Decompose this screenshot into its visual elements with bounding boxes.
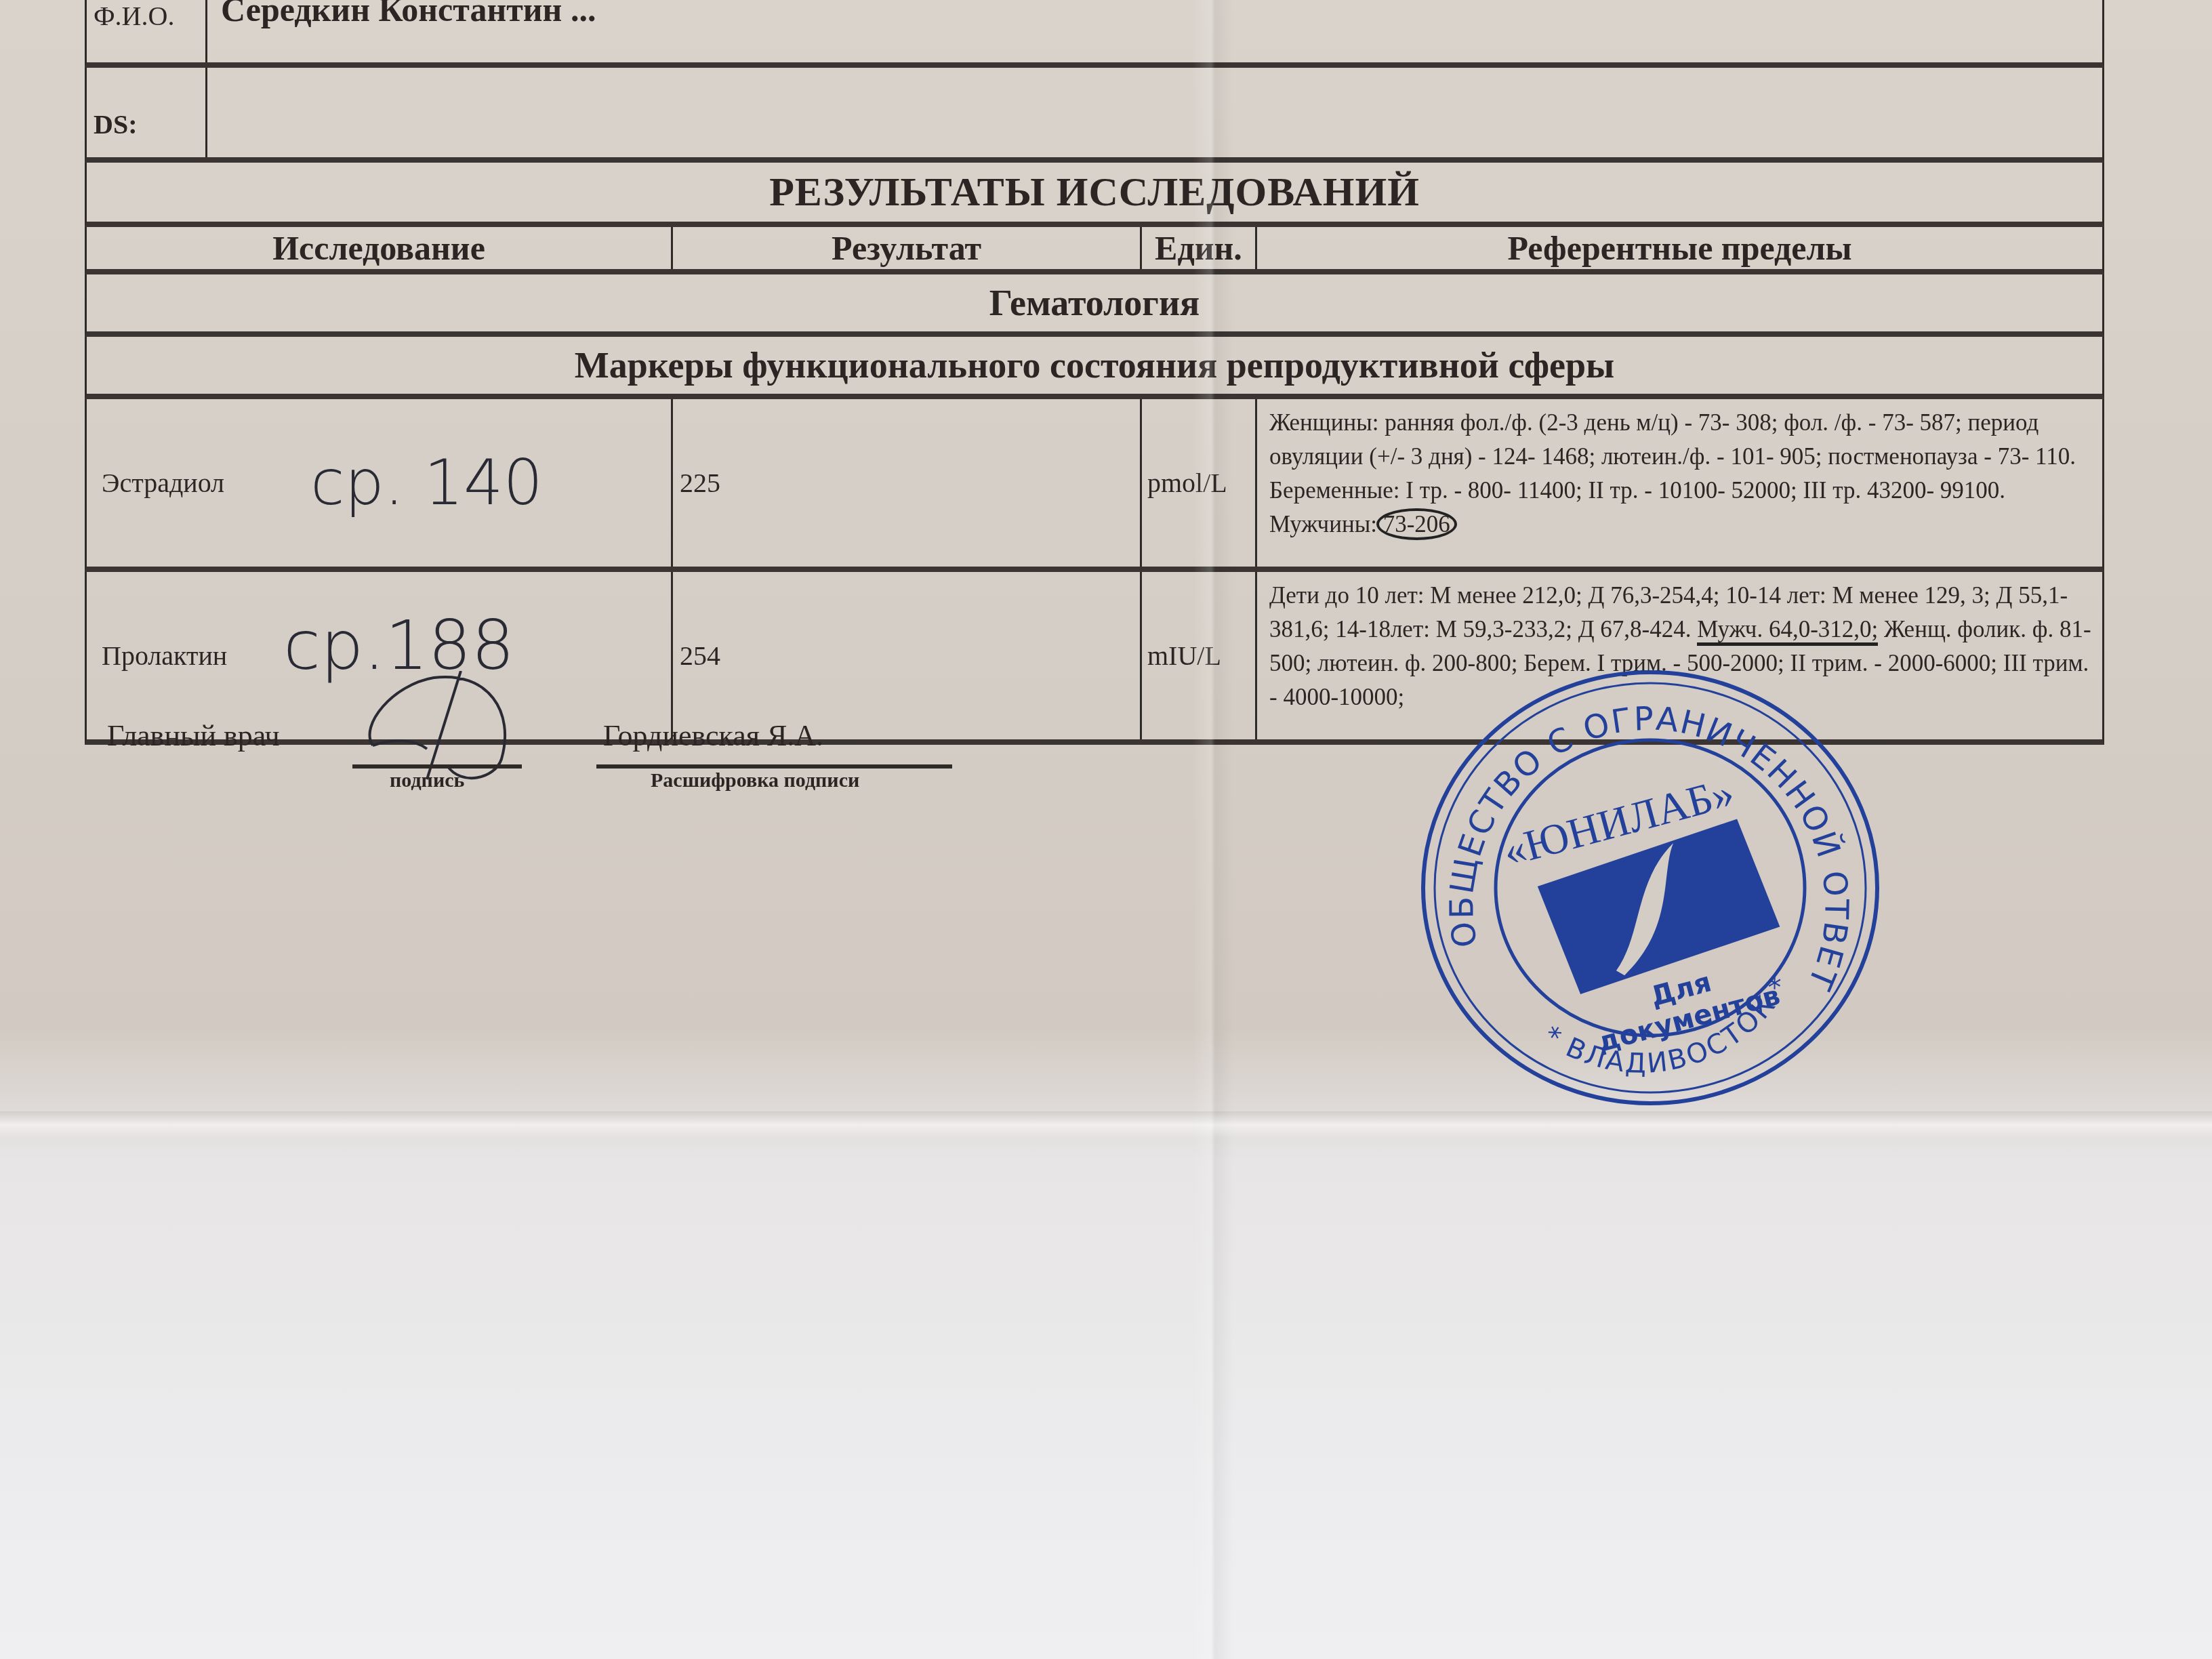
result-cell: 254 bbox=[671, 572, 1140, 739]
test-name: Пролактин bbox=[102, 640, 227, 672]
test-name-cell: Эстрадиол ср. 140 bbox=[87, 399, 671, 567]
stamp-seal-icon: ОБЩЕСТВО С ОГРАНИЧЕННОЙ ОТВЕТСТВЕННОСТЬЮ… bbox=[1413, 661, 1887, 1115]
result-value: 225 bbox=[680, 467, 720, 499]
col-header-result: Результат bbox=[671, 227, 1140, 269]
section-row: Гематология bbox=[85, 274, 2104, 337]
signature-line bbox=[352, 764, 522, 769]
results-title-row: РЕЗУЛЬТАТЫ ИССЛЕДОВАНИЙ bbox=[85, 163, 2104, 227]
company-stamp: ОБЩЕСТВО С ОГРАНИЧЕННОЙ ОТВЕТСТВЕННОСТЬЮ… bbox=[1413, 661, 1887, 1115]
test-name: Эстрадиол bbox=[102, 467, 224, 499]
col-header-test: Исследование bbox=[87, 227, 671, 269]
reference-marked-value: 73-206 bbox=[1376, 508, 1457, 540]
handwritten-note: ср. 140 bbox=[310, 447, 543, 519]
paper-fold-vertical bbox=[1193, 0, 1233, 1659]
results-title: РЕЗУЛЬТАТЫ ИССЛЕДОВАНИЙ bbox=[769, 169, 1420, 216]
reference-cell: Женщины: ранняя фол./ф. (2-3 день м/ц) -… bbox=[1255, 399, 2102, 567]
reference-marked-value: Мужч. 64,0-312,0; bbox=[1697, 616, 1878, 646]
subsection-title: Маркеры функционального состояния репрод… bbox=[575, 344, 1614, 386]
section-title: Гематология bbox=[989, 282, 1200, 324]
fio-label: Ф.И.О. bbox=[94, 0, 174, 62]
ds-label: DS: bbox=[94, 108, 137, 157]
paper-fold-horizontal bbox=[0, 1111, 2212, 1139]
signer-name: Гордиевская Я.А. bbox=[603, 718, 823, 753]
signature-caption: подпись bbox=[390, 769, 464, 792]
subsection-row: Маркеры функционального состояния репрод… bbox=[85, 337, 2104, 399]
patient-name-row: Ф.И.О. Середкин Константин ... bbox=[85, 0, 2104, 68]
name-caption: Расшифровка подписи bbox=[651, 769, 859, 792]
ds-value bbox=[205, 68, 2102, 157]
fio-value: Середкин Константин ... bbox=[205, 0, 596, 62]
col-header-reference: Референтные пределы bbox=[1255, 227, 2102, 269]
results-table: Ф.И.О. Середкин Константин ... DS: РЕЗУЛ… bbox=[85, 0, 2104, 745]
result-cell: 225 bbox=[671, 399, 1140, 567]
diagnosis-row: DS: bbox=[85, 68, 2104, 163]
table-row: Эстрадиол ср. 140 225 pmol/L Женщины: ра… bbox=[85, 399, 2104, 572]
signer-role: Главный врач bbox=[107, 718, 280, 753]
table-header-row: Исследование Результат Един. Референтные… bbox=[85, 227, 2104, 274]
name-line bbox=[596, 764, 952, 769]
result-value: 254 bbox=[680, 640, 720, 672]
lab-report-sheet: Ф.И.О. Середкин Константин ... DS: РЕЗУЛ… bbox=[0, 0, 2212, 1139]
